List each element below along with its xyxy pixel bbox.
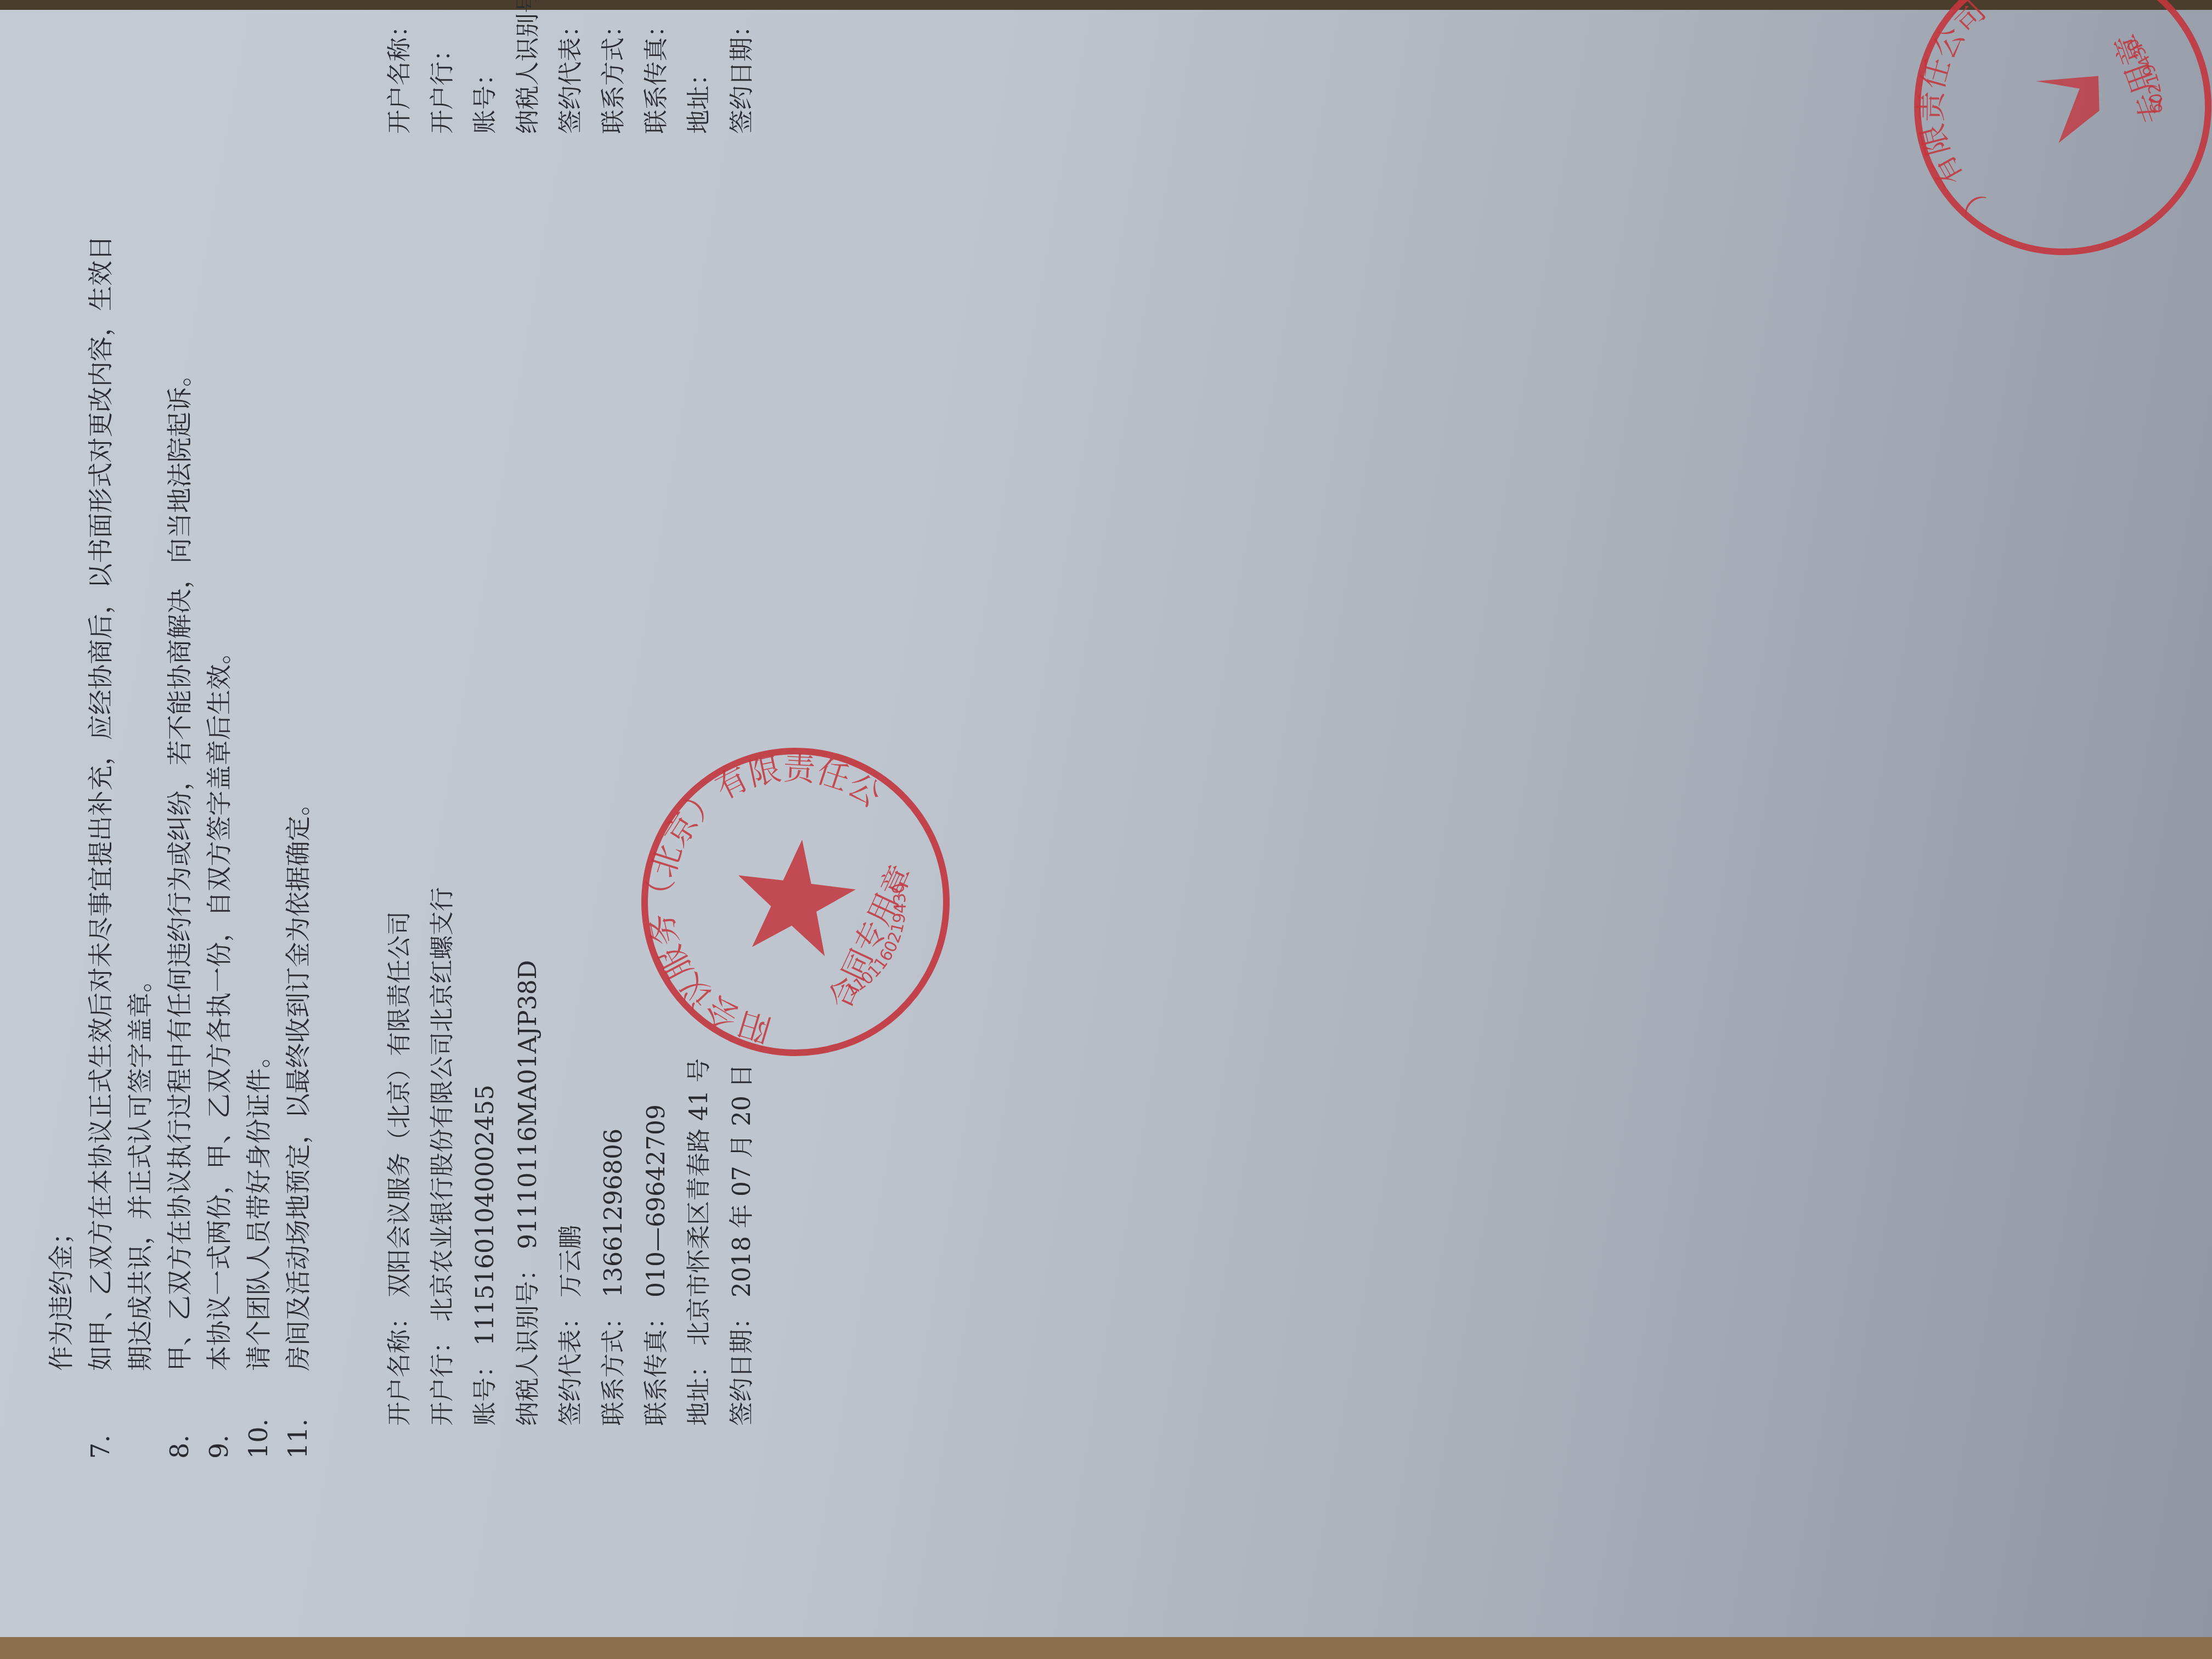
party-b-representative: 签约代表：: [550, 0, 592, 134]
party-b-account-name: 开户名称：: [379, 0, 421, 134]
party-b-address: 地址：: [678, 0, 721, 134]
party-a-account-number: 账号：11151601040002455: [464, 887, 507, 1426]
party-b-bank: 开户行：: [421, 0, 464, 134]
svg-text:）有限责任公司: ）有限责任公司: [1874, 0, 2055, 227]
clause-10: 10.请个团队人员带好身份证件。: [239, 21, 278, 1459]
star-icon: [713, 822, 865, 977]
party-b-tax-id: 纳税人识别号：: [507, 0, 550, 134]
party-a-account-name: 开户名称：双阳会议服务（北京）有限责任公司: [379, 887, 421, 1426]
seal-outer-text: ）有限责任公司: [1874, 0, 2055, 227]
contract-page: 作为违约金； 7.如甲、乙双方在本协议正式生效后对未尽事宜提出补充，应经协商后，…: [0, 0, 2212, 1659]
party-b-details: 开户名称： 开户行： 账号： 纳税人识别号： 签约代表： 联系方式： 联系传真：…: [379, 0, 764, 134]
clause-line: 作为违约金；: [41, 21, 81, 1459]
clause-7: 7.如甲、乙双方在本协议正式生效后对未尽事宜提出补充，应经协商后，以书面形式对更…: [81, 21, 120, 1459]
clause-9: 9.本协议一式两份，甲、乙双方各执一份，自双方签字盖章后生效。: [199, 21, 239, 1459]
clause-11: 11.房间及活动场地预定，以最终收到订金为依据确定。: [278, 21, 318, 1459]
party-b-account-number: 账号：: [464, 0, 507, 134]
clause-7-continued: 期达成共识，并正式认可签字盖章。: [120, 21, 160, 1459]
party-a-bank: 开户行：北京农业银行股份有限公司北京红螺支行: [421, 887, 464, 1426]
clause-8: 8.甲、乙双方在协议执行过程中有任何违约行为或纠纷，若不能协商解决，向当地法院起…: [160, 21, 199, 1459]
seal-inner-text: 专用章: [2108, 29, 2174, 127]
party-b-fax: 联系传真：: [635, 0, 678, 134]
logo-mark-icon: [2036, 60, 2115, 143]
party-a-tax-id: 纳税人识别号：91110116MA01AJP38D: [507, 887, 550, 1426]
clause-list: 作为违约金； 7.如甲、乙双方在本协议正式生效后对未尽事宜提出补充，应经协商后，…: [41, 21, 318, 1459]
special-seal-stamp: ）有限责任公司 60219430 专用章: [1866, 0, 2212, 303]
party-b-phone: 联系方式：: [592, 0, 635, 134]
party-a-representative: 签约代表：万云鹏: [550, 887, 592, 1426]
party-b-sign-date: 签约日期：: [721, 0, 764, 134]
